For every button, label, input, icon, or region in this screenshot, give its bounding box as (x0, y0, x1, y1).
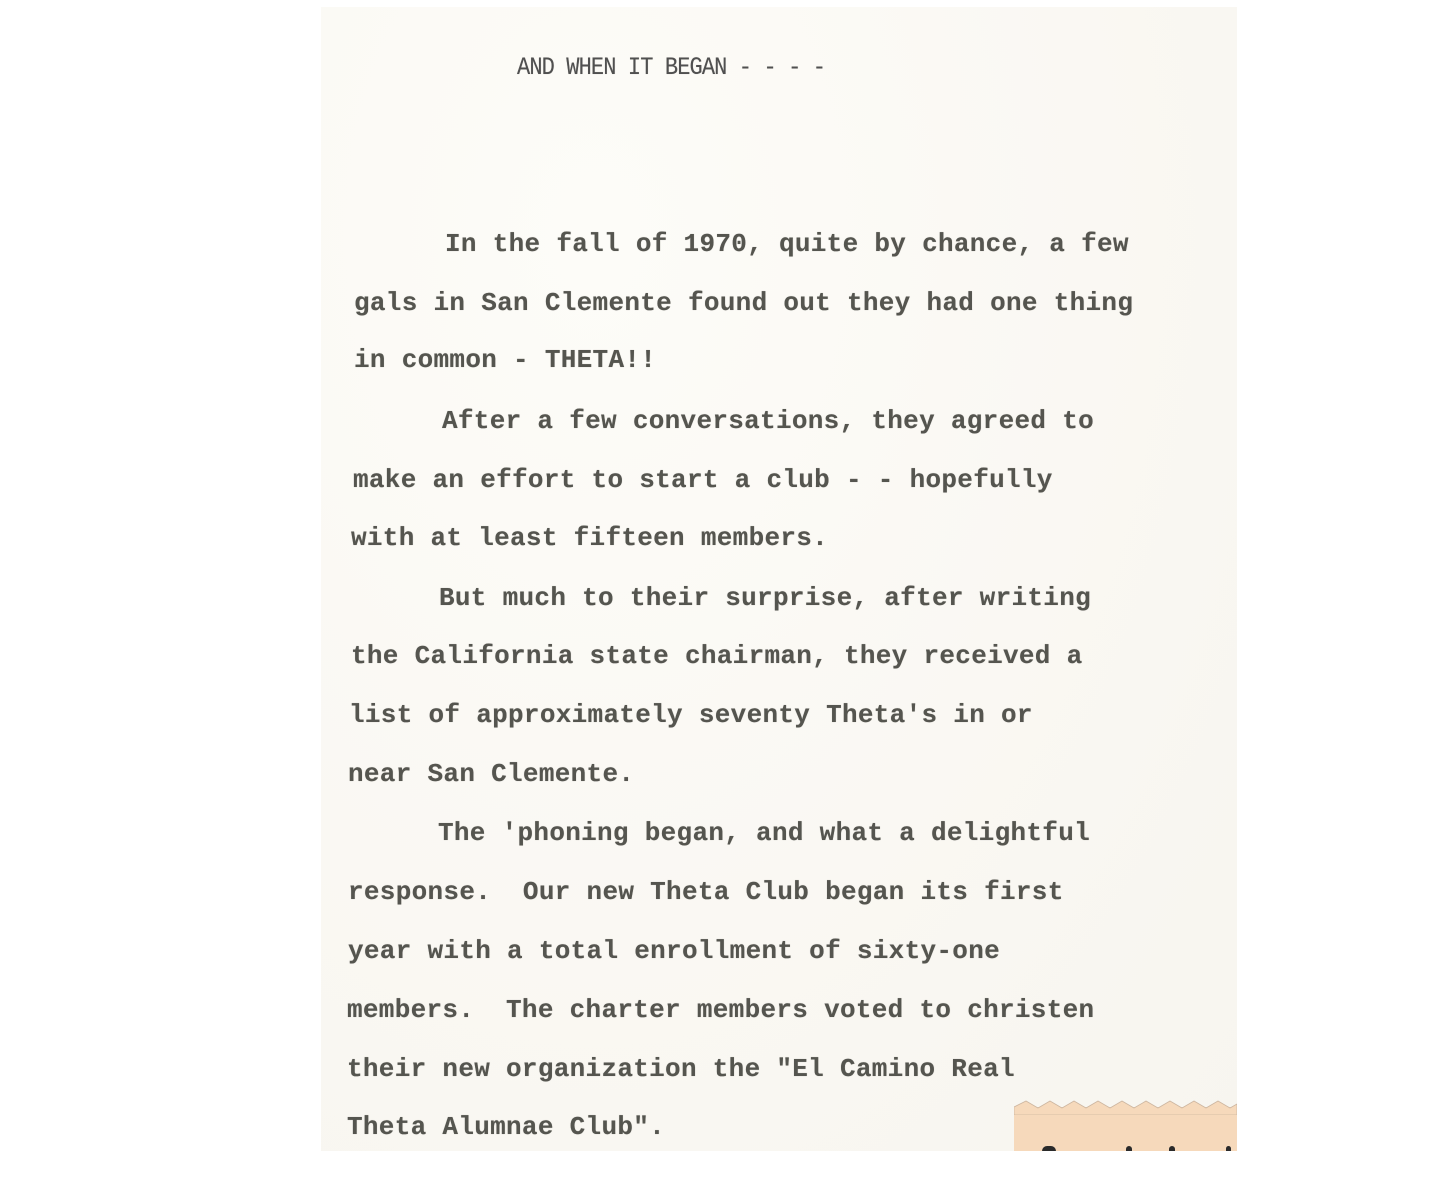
typewritten-page: AND WHEN IT BEGAN - - - - In the fall of… (321, 7, 1237, 1151)
paragraph-4-line-3: year with a total enrollment of sixty-on… (348, 936, 1000, 966)
paragraph-4-line-1: The 'phoning began, and what a delightfu… (438, 818, 1090, 848)
clipping-ink-mark (1126, 1146, 1132, 1151)
newspaper-clipping-edge (1014, 1107, 1237, 1151)
paragraph-2-line-3: with at least fifteen members. (351, 523, 828, 553)
paragraph-2-line-1: After a few conversations, they agreed t… (442, 406, 1094, 436)
paragraph-2-line-2: make an effort to start a club - - hopef… (353, 465, 1053, 495)
clipping-text-fragment (1014, 1145, 1237, 1151)
clipping-ink-mark (1042, 1146, 1056, 1151)
paragraph-4-line-2: response. Our new Theta Club began its f… (348, 877, 1064, 907)
paragraph-4-line-5: their new organization the "El Camino Re… (347, 1054, 1015, 1084)
paragraph-3-line-1: But much to their surprise, after writin… (439, 583, 1091, 613)
clipping-ink-mark (1226, 1146, 1231, 1151)
paragraph-4-line-4: members. The charter members voted to ch… (347, 995, 1094, 1025)
clipping-ink-mark (1169, 1146, 1175, 1151)
paragraph-4-line-6: Theta Alumnae Club". (347, 1112, 665, 1142)
paragraph-1-line-3: in common - THETA!! (354, 345, 656, 375)
paragraph-3-line-3: list of approximately seventy Theta's in… (349, 700, 1033, 730)
paragraph-3-line-4: near San Clemente. (348, 759, 634, 789)
paragraph-1-line-2: gals in San Clemente found out they had … (354, 288, 1133, 318)
pinked-edge-icon (1014, 1099, 1237, 1115)
document-title: AND WHEN IT BEGAN - - - - (517, 53, 825, 82)
paragraph-1-line-1: In the fall of 1970, quite by chance, a … (445, 229, 1129, 259)
paragraph-3-line-2: the California state chairman, they rece… (351, 641, 1083, 671)
